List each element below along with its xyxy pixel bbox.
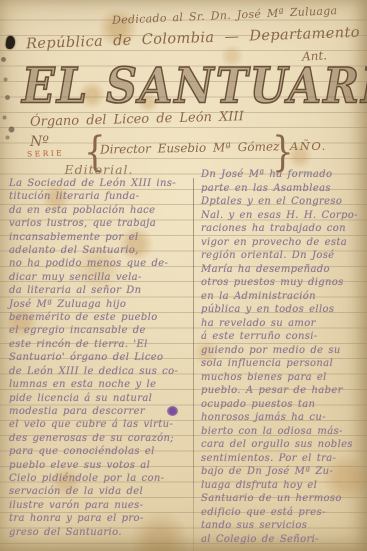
left-column: Editorial. La Sociedad de León XIII ins-… <box>4 162 193 551</box>
right-column: Dn José Mª ha formadoparte en las Asambl… <box>194 162 365 551</box>
manuscript-text-line: pueblo eleve sus votos al <box>9 459 189 472</box>
manuscript-text-line: lumnas en esta noche y le <box>9 378 189 391</box>
masthead-title: EL SANTUARIO <box>22 58 367 115</box>
issue-number-label: Nº <box>30 134 49 150</box>
manuscript-text-line: da literaria al señor Dn <box>9 284 189 297</box>
manuscript-text-line: luaga disfruta hoy el <box>201 479 363 493</box>
series-label: SERIE <box>27 148 64 158</box>
manuscript-text-line: ilustre varón para nues- <box>9 499 189 512</box>
manuscript-text-line: greso del Santuario. <box>9 526 189 539</box>
edge-specks <box>0 0 3 3</box>
manuscript-text-line: en la Administración <box>201 290 363 304</box>
manuscript-text-line: bajo de Dn José Mª Zu- <box>201 465 363 479</box>
manuscript-text-line: incansablemente por el <box>9 231 189 244</box>
manuscript-text-line: María ha desempeñado <box>201 263 363 277</box>
manuscript-text-line: región oriental. Dn José <box>201 249 363 263</box>
manuscript-text-line: de León XIII le dedica sus co- <box>9 365 189 378</box>
manuscript-text-line: pueblo. A pesar de haber <box>201 384 363 398</box>
year-label: AÑO. <box>290 139 327 153</box>
manuscript-text-line: dicar muy sencilla vela- <box>9 271 189 284</box>
manuscript-text-line: Santuario de un hermoso <box>201 492 363 506</box>
manuscript-page: Dedicado al Sr. Dn. José Mª Zuluaga Repú… <box>0 0 367 551</box>
manuscript-text-line: La Sociedad de León XIII ins- <box>9 177 189 190</box>
body-columns: Editorial. La Sociedad de León XIII ins-… <box>4 162 365 551</box>
manuscript-text-line: este rincón de tierra. 'El <box>9 338 189 351</box>
manuscript-text-line: des generosas de su corazón; <box>9 432 189 445</box>
manuscript-text-line: muchos bienes para el <box>201 371 363 385</box>
manuscript-text-line: benemérito de este pueblo <box>9 311 189 324</box>
manuscript-text-line: otros puestos muy dignos <box>201 276 363 290</box>
manuscript-text-line: al Colegio de Señori- <box>201 533 363 547</box>
manuscript-text-line: vigor en provecho de esta <box>201 236 363 250</box>
manuscript-text-line: Cielo pidiéndole por la con- <box>9 472 189 485</box>
manuscript-text-line: Nal. y en esas H. H. Corpo- <box>201 209 363 223</box>
manuscript-text-line: Dn José Mª ha formado <box>201 168 363 182</box>
manuscript-text-line: Dptales y en el Congreso <box>201 195 363 209</box>
manuscript-text-line: ha revelado su amor <box>201 317 363 331</box>
manuscript-text-line: sola influencia personal <box>201 357 363 371</box>
manuscript-text-line: tando sus servicios <box>201 519 363 533</box>
manuscript-text-line: el velo que cubre á las virtu- <box>9 418 189 431</box>
manuscript-text-line: el egregio incansable de <box>9 324 189 337</box>
manuscript-text-line: edificio que está pres- <box>201 506 363 520</box>
manuscript-text-line: varios lustros, que trabaja <box>9 217 189 230</box>
manuscript-text-line: bierto con la odiosa más- <box>201 425 363 439</box>
manuscript-text-line: ocupado puestos tan <box>201 398 363 412</box>
manuscript-text-line: adelanto del Santuario, <box>9 244 189 257</box>
manuscript-text-line: modestia para descorrer <box>9 405 189 418</box>
manuscript-text-line: á este terruño consi- <box>201 330 363 344</box>
manuscript-text-line: pública y en todos ellos <box>201 303 363 317</box>
manuscript-text-line: honrosos jamás ha cu- <box>201 411 363 425</box>
manuscript-text-line: José Mª Zuluaga hijo <box>9 298 189 311</box>
manuscript-text-line: guiendo por medio de su <box>201 344 363 358</box>
manuscript-text-line: tra honra y para el pro- <box>9 512 189 525</box>
manuscript-text-line: no ha podido menos que de- <box>9 257 189 270</box>
manuscript-text-line: cara del orgullo sus nobles <box>201 438 363 452</box>
editorial-heading: Editorial. <box>9 162 189 177</box>
manuscript-text-line: da en esta población hace <box>9 204 189 217</box>
manuscript-text-line: Santuario' órgano del Liceo <box>9 351 189 364</box>
left-column-text: La Sociedad de León XIII ins-titución li… <box>9 177 189 539</box>
manuscript-text-line: sentimientos. Por el tra- <box>201 452 363 466</box>
manuscript-text-line: para que conociéndolas el <box>9 445 189 458</box>
manuscript-text-line: titución literaria funda- <box>9 190 189 203</box>
manuscript-text-line: servación de la vida del <box>9 485 189 498</box>
manuscript-text-line: raciones ha trabajado con <box>201 222 363 236</box>
right-column-text: Dn José Mª ha formadoparte en las Asambl… <box>201 168 363 546</box>
manuscript-text-line: parte en las Asambleas <box>201 182 363 196</box>
manuscript-text-line: pide licencia á su natural <box>9 392 189 405</box>
